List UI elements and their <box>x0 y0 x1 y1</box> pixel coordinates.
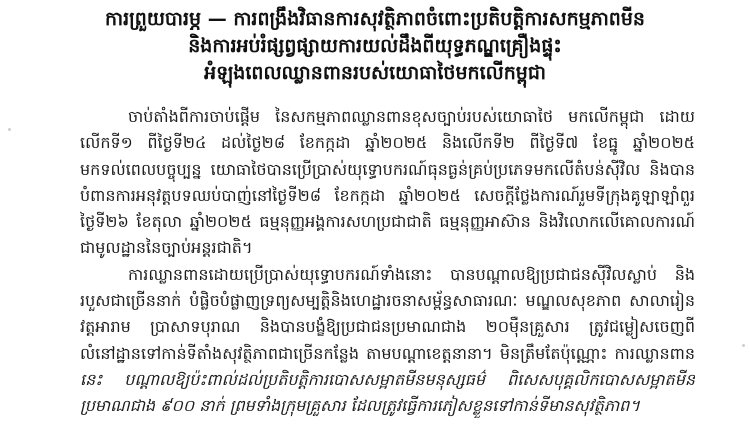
paragraph-line: របួសជាច្រើននាក់ បំផ្លិចបំផ្លាញទ្រព្យសម្ប… <box>80 288 695 314</box>
paragraph-line: វត្តអារាម ប្រាសាទបុរាណ និងបានបង្ខំឱ្យប្រ… <box>80 314 695 340</box>
paragraph-line: បំពានការអនុវត្តបទឈប់បាញ់នៅថ្ងៃទី២៨ ខែកក្… <box>80 183 695 209</box>
heading-line-1: ការព្រួយបារម្ភ — ការពង្រឹងវិធានការសុវត្ថ… <box>0 6 750 33</box>
heading-line-2: និងការអប់រំផ្សព្វផ្សាយការយល់ដឹងពីយុទ្ធភណ… <box>0 33 750 60</box>
paragraph-line: ការឈ្លានពានដោយប្រើប្រាស់យុទ្ធោបករណ៍ទាំងន… <box>80 262 695 288</box>
paragraph-2: ការឈ្លានពានដោយប្រើប្រាស់យុទ្ធោបករណ៍ទាំងន… <box>80 262 695 420</box>
paragraph-line: មកទល់ពេលបច្ចុប្បន្ន យោធាថៃបានប្រើប្រាស់យ… <box>80 157 695 183</box>
document-page: ការព្រួយបារម្ភ — ការពង្រឹងវិធានការសុវត្ថ… <box>0 0 750 430</box>
scan-artifact <box>742 344 745 347</box>
heading-line-3: អំឡុងពេលឈ្លានពានរបស់យោធាថៃមកលើកម្ពុជា <box>0 60 750 87</box>
paragraph-line: ថ្ងៃទី២៦ ខែតុលា ឆ្នាំ២០២៥ ធម្មនុញ្ញអង្គក… <box>80 209 695 235</box>
paragraph-line: ចាប់តាំងពីការចាប់ផ្តើម នៃសកម្មភាពឈ្លានពា… <box>80 104 695 130</box>
document-heading: ការព្រួយបារម្ភ — ការពង្រឹងវិធានការសុវត្ថ… <box>0 6 750 87</box>
document-body: ចាប់តាំងពីការចាប់ផ្តើម នៃសកម្មភាពឈ្លានពា… <box>80 104 695 420</box>
scan-artifact <box>8 128 11 131</box>
paragraph-line-italic: នេះ បណ្តាលឱ្យប៉ះពាល់ដល់ប្រតិបត្តិការបោសស… <box>80 367 695 393</box>
paragraph-1: ចាប់តាំងពីការចាប់ផ្តើម នៃសកម្មភាពឈ្លានពា… <box>80 104 695 262</box>
paragraph-line: ជាមូលដ្ឋាននៃច្បាប់អន្តរជាតិ។ <box>80 235 695 261</box>
paragraph-line: លើកទី១ ពីថ្ងៃទី២៤ ដល់ថ្ងៃ២៨ ខែកក្កដា ឆ្ន… <box>80 130 695 156</box>
paragraph-line-italic: ប្រមាណជាង ៩០០ នាក់ ព្រមទាំងក្រុមគ្រួសារ … <box>80 393 695 419</box>
paragraph-line: លំនៅដ្ឋានទៅកាន់ទីតាំងសុវត្ថិភាពជាច្រើនកន… <box>80 341 695 367</box>
